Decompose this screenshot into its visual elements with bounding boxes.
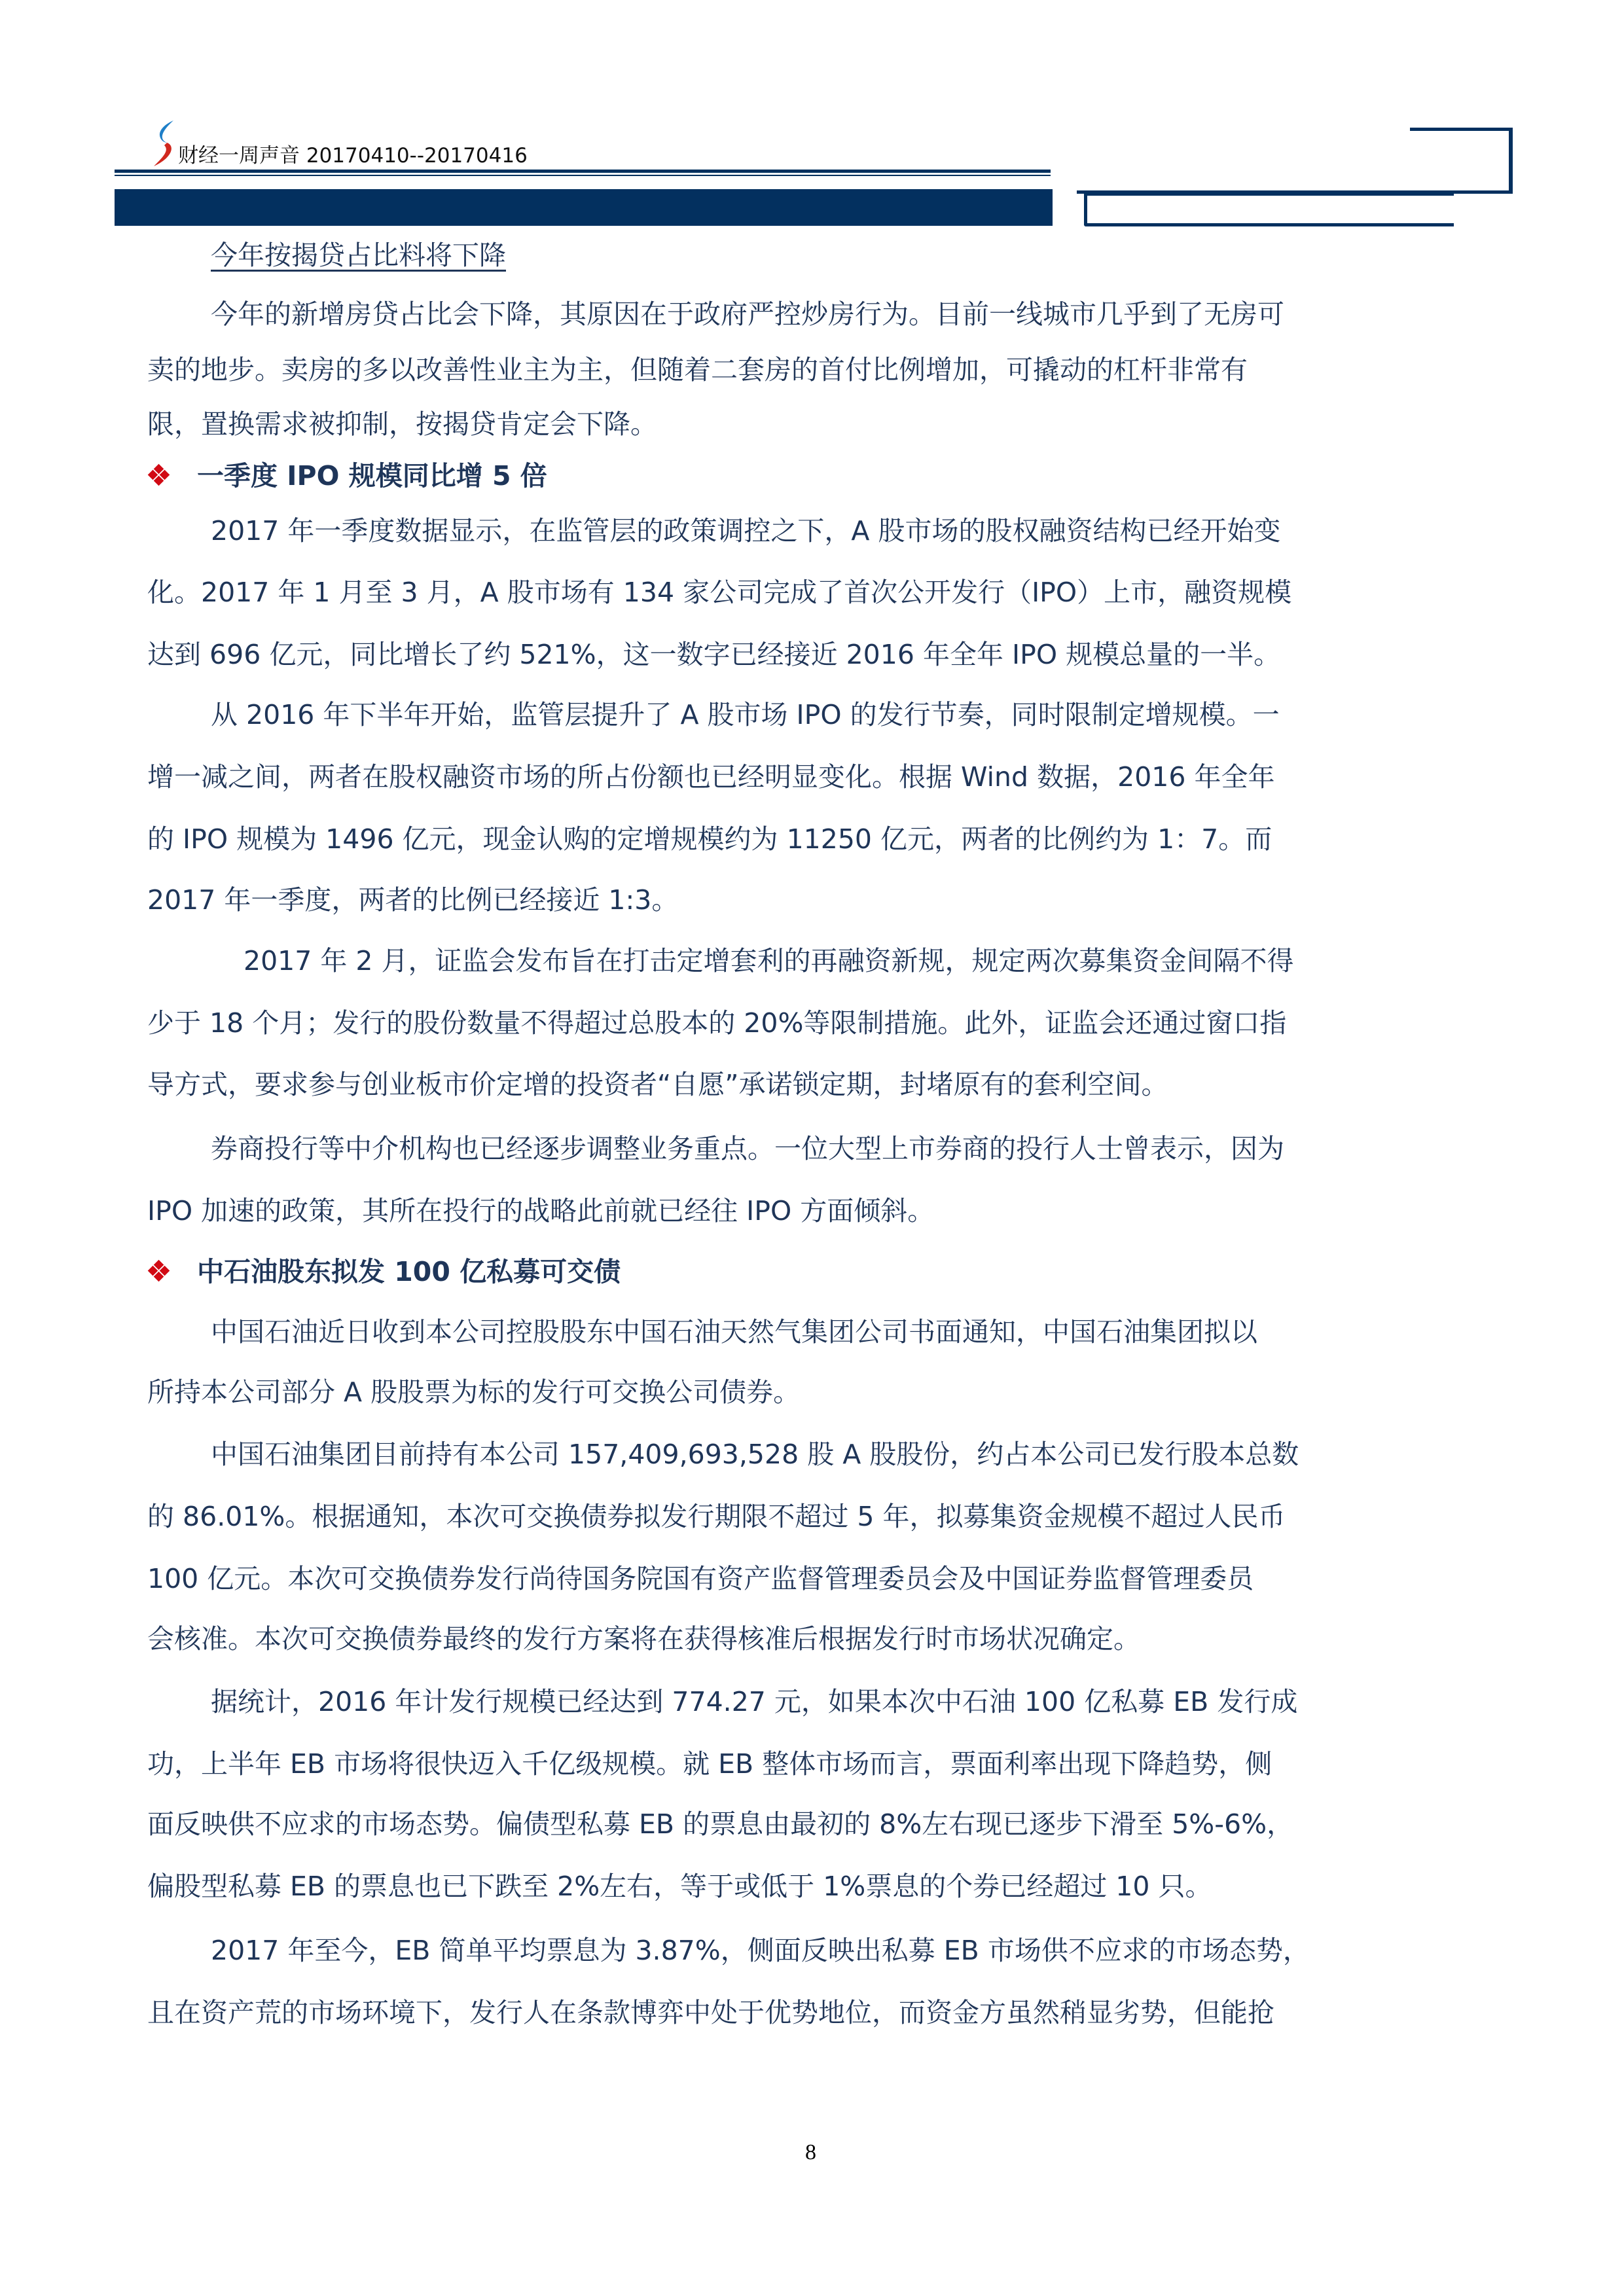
subheading: 今年按揭贷占比料将下降 [211,239,506,272]
header-frame-top [1410,128,1511,131]
header-rule-thick [115,170,1051,173]
paragraph-line: 所持本公司部分 A 股股票为标的发行可交换公司债券。 [147,1376,800,1408]
header-frame-right [1509,128,1513,193]
paragraph-line: 的 IPO 规模为 1496 亿元，现金认购的定增规模约为 11250 亿元，两… [147,823,1272,855]
paragraph-line: 的 86.01%。根据通知，本次可交换债券拟发行期限不超过 5 年，拟募集资金规… [147,1500,1286,1533]
section-heading-text: 中石油股东拟发 100 亿私募可交债 [197,1256,621,1287]
paragraph-line: 今年的新增房贷占比会下降，其原因在于政府严控炒房行为。目前一线城市几乎到了无房可 [211,298,1284,331]
paragraph-line: 功，上半年 EB 市场将很快迈入千亿级规模。就 EB 整体市场而言，票面利率出现… [147,1748,1272,1780]
paragraph-line: 面反映供不应求的市场态势。偏债型私募 EB 的票息由最初的 8%左右现已逐步下滑… [147,1808,1293,1840]
paragraph-line: 少于 18 个月；发行的股份数量不得超过总股本的 20%等限制措施。此外，证监会… [147,1007,1286,1039]
paragraph-line: 中国石油近日收到本公司控股股东中国石油天然气集团公司书面通知，中国石油集团拟以 [211,1316,1257,1348]
red-diamond-bullet-icon [147,463,171,487]
paragraph-line: IPO 加速的政策，其所在投行的战略此前就已经往 IPO 方面倾斜。 [147,1194,934,1227]
paragraph-line: 100 亿元。本次可交换债券发行尚待国务院国有资产监督管理委员会及中国证券监督管… [147,1562,1254,1595]
page-number: 8 [805,2140,816,2165]
section-heading-ipo: 一季度 IPO 规模同比增 5 倍 [147,459,547,492]
paragraph-line: 2017 年至今，EB 简单平均票息为 3.87%，侧面反映出私募 EB 市场供… [211,1934,1310,1967]
red-diamond-bullet-icon [147,1259,171,1283]
paragraph-line: 达到 696 亿元，同比增长了约 521%，这一数字已经接近 2016 年全年 … [147,638,1280,671]
paragraph-line: 从 2016 年下半年开始，监管层提升了 A 股市场 IPO 的发行节奏，同时限… [211,698,1280,731]
paragraph-line: 导方式，要求参与创业板市价定增的投资者“自愿”承诺锁定期，封堵原有的套利空间。 [147,1068,1168,1101]
paragraph-line: 2017 年一季度数据显示，在监管层的政策调控之下，A 股市场的股权融资结构已经… [211,514,1280,547]
section-heading-text: 一季度 IPO 规模同比增 5 倍 [197,460,547,492]
paragraph-line: 券商投行等中介机构也已经逐步调整业务重点。一位大型上市券商的投行人士曾表示，因为 [211,1132,1284,1165]
section-heading-petrochina: 中石油股东拟发 100 亿私募可交债 [147,1255,621,1288]
paragraph-line: 增一减之间，两者在股权融资市场的所占份额也已经明显变化。根据 Wind 数据，2… [147,761,1274,793]
paragraph-line: 据统计，2016 年计发行规模已经达到 774.27 元，如果本次中石油 100… [211,1685,1297,1718]
paragraph-line: 偏股型私募 EB 的票息也已下跌至 2%左右，等于或低于 1%票息的个券已经超过… [147,1870,1212,1903]
header-blue-bar [115,189,1053,226]
paragraph-line: 中国石油集团目前持有本公司 157,409,693,528 股 A 股股份，约占… [211,1438,1299,1471]
header-rule-thin [115,175,1051,176]
header-inner-box [1084,192,1454,226]
paragraph-line: 会核准。本次可交换债券最终的发行方案将在获得核准后根据发行时市场状况确定。 [147,1623,1140,1655]
paragraph-line: 卖的地步。卖房的多以改善性业主为主，但随着二套房的首付比例增加，可撬动的杠杆非常… [147,353,1248,386]
paragraph-line: 2017 年 2 月，证监会发布旨在打击定增套利的再融资新规，规定两次募集资金间… [244,944,1294,977]
header-title: 财经一周声音 20170410--20170416 [178,139,528,168]
paragraph-line: 化。2017 年 1 月至 3 月，A 股市场有 134 家公司完成了首次公开发… [147,576,1291,609]
paragraph-line: 2017 年一季度，两者的比例已经接近 1:3。 [147,884,678,916]
paragraph-line: 且在资产荒的市场环境下，发行人在条款博弈中处于优势地位，而资金方虽然稍显劣势，但… [147,1996,1274,2029]
paragraph-line: 限，置换需求被抑制，按揭贷肯定会下降。 [147,408,657,440]
